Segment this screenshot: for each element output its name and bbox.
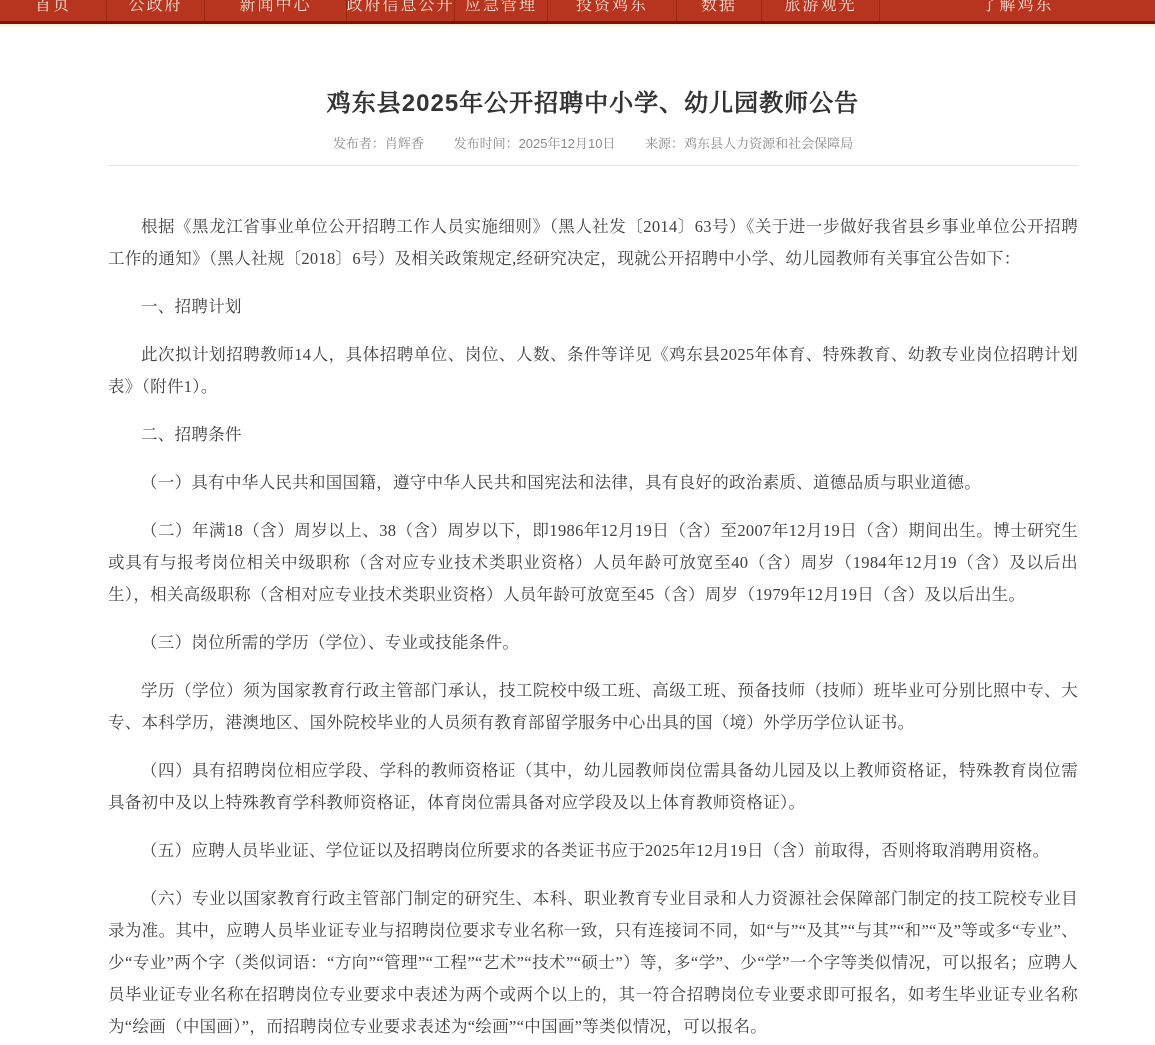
meta-publisher-value: 肖辉香 (385, 136, 424, 151)
meta-time-label: 发布时间： (454, 136, 519, 151)
nav-item[interactable]: 旅游观光 (762, 0, 880, 21)
meta-source-label: 来源： (645, 136, 684, 151)
nav-item[interactable]: 投资鸡东 (548, 0, 677, 21)
article-paragraph: 根据《黑龙江省事业单位公开招聘工作人员实施细则》（黑人社发〔2014〕63号）《… (108, 211, 1078, 275)
nav-item-label: 新闻中心 (239, 0, 311, 15)
article-paragraph: 二、招聘条件 (108, 419, 1078, 451)
meta-publisher-label: 发布者： (333, 136, 385, 151)
top-nav: 首页 公政府 新闻中心 政府信息公开 应急管理 投资鸡东 数据 旅游观光 了解鸡… (0, 0, 1155, 24)
meta-time-value: 2025年12月10日 (519, 136, 616, 151)
nav-item[interactable]: 首页 (0, 0, 107, 21)
article-paragraph: （六）专业以国家教育行政主管部门制定的研究生、本科、职业教育专业目录和人力资源社… (108, 883, 1078, 1043)
article-paragraph: 学历（学位）须为国家教育行政主管部门承认，技工院校中级工班、高级工班、预备技师（… (108, 675, 1078, 739)
article-paragraph: （一）具有中华人民共和国国籍，遵守中华人民共和国宪法和法律，具有良好的政治素质、… (108, 467, 1078, 499)
nav-item-label: 数据 (701, 0, 737, 15)
article-paragraph: （三）岗位所需的学历（学位）、专业或技能条件。 (108, 627, 1078, 659)
nav-item-label: 旅游观光 (784, 0, 856, 15)
nav-item-label: 公政府 (128, 0, 182, 15)
nav-item[interactable]: 数据 (677, 0, 762, 21)
article-title: 鸡东县2025年公开招聘中小学、幼儿园教师公告 (108, 27, 1078, 118)
article-paragraph: （四）具有招聘岗位相应学段、学科的教师资格证（其中，幼儿园教师岗位需具备幼儿园及… (108, 755, 1078, 819)
nav-item[interactable]: 政府信息公开 (347, 0, 455, 21)
nav-item[interactable]: 应急管理 (455, 0, 548, 21)
nav-item-label: 首页 (35, 0, 71, 15)
meta-publisher: 发布者：肖辉香 (333, 136, 424, 151)
article-paragraph: （二）年满18（含）周岁以上、38（含）周岁以下，即1986年12月19日（含）… (108, 515, 1078, 611)
nav-item-label: 政府信息公开 (347, 0, 455, 15)
article-paragraph: （五）应聘人员毕业证、学位证以及招聘岗位所要求的各类证书应于2025年12月19… (108, 835, 1078, 867)
nav-item[interactable]: 公政府 (107, 0, 205, 21)
article-paragraph: 一、招聘计划 (108, 291, 1078, 323)
article-paragraph: 此次拟计划招聘教师14人，具体招聘单位、岗位、人数、条件等详见《鸡东县2025年… (108, 339, 1078, 403)
meta-source: 来源：鸡东县人力资源和社会保障局 (645, 136, 853, 151)
nav-item[interactable]: 了解鸡东 (880, 0, 1155, 21)
nav-item-label: 了解鸡东 (981, 0, 1053, 15)
meta-publish-time: 发布时间：2025年12月10日 (454, 136, 616, 151)
nav-item-label: 应急管理 (465, 0, 537, 15)
meta-source-value: 鸡东县人力资源和社会保障局 (684, 136, 853, 151)
article-body: 根据《黑龙江省事业单位公开招聘工作人员实施细则》（黑人社发〔2014〕63号）《… (108, 166, 1078, 1043)
nav-item-label: 投资鸡东 (576, 0, 648, 15)
article: 鸡东县2025年公开招聘中小学、幼儿园教师公告 发布者：肖辉香 发布时间：202… (108, 27, 1078, 1043)
nav-item[interactable]: 新闻中心 (205, 0, 347, 21)
article-meta: 发布者：肖辉香 发布时间：2025年12月10日 来源：鸡东县人力资源和社会保障… (108, 133, 1078, 152)
